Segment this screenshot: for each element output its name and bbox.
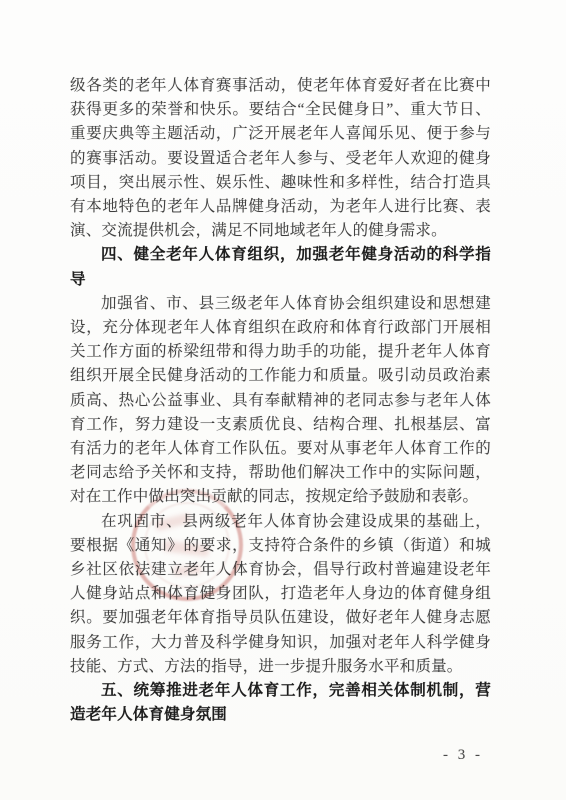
page-number: - 3 - <box>443 747 483 764</box>
document-body: 级各类的老年人体育赛事活动，使老年体育爱好者在比赛中获得更多的荣誉和快乐。要结合… <box>70 74 491 727</box>
body-paragraph-grassroots-associations: 在巩固市、县两级老年人体育协会建设成果的基础上，要根据《通知》的要求，支持符合条… <box>70 510 491 679</box>
scanned-document-page: 级各类的老年人体育赛事活动，使老年体育爱好者在比赛中获得更多的荣誉和快乐。要结合… <box>0 0 566 800</box>
body-paragraph-org-building: 加强省、市、县三级老年人体育协会组织建设和思想建设，充分体现老年人体育组织在政府… <box>70 292 491 510</box>
section-heading-five: 五、统筹推进老年人体育工作，完善相关体制机制，营造老年人体育健身氛围 <box>70 679 491 727</box>
section-heading-four: 四、健全老年人体育组织，加强老年健身活动的科学指导 <box>70 243 491 291</box>
body-paragraph-continuation: 级各类的老年人体育赛事活动，使老年体育爱好者在比赛中获得更多的荣誉和快乐。要结合… <box>70 74 491 243</box>
